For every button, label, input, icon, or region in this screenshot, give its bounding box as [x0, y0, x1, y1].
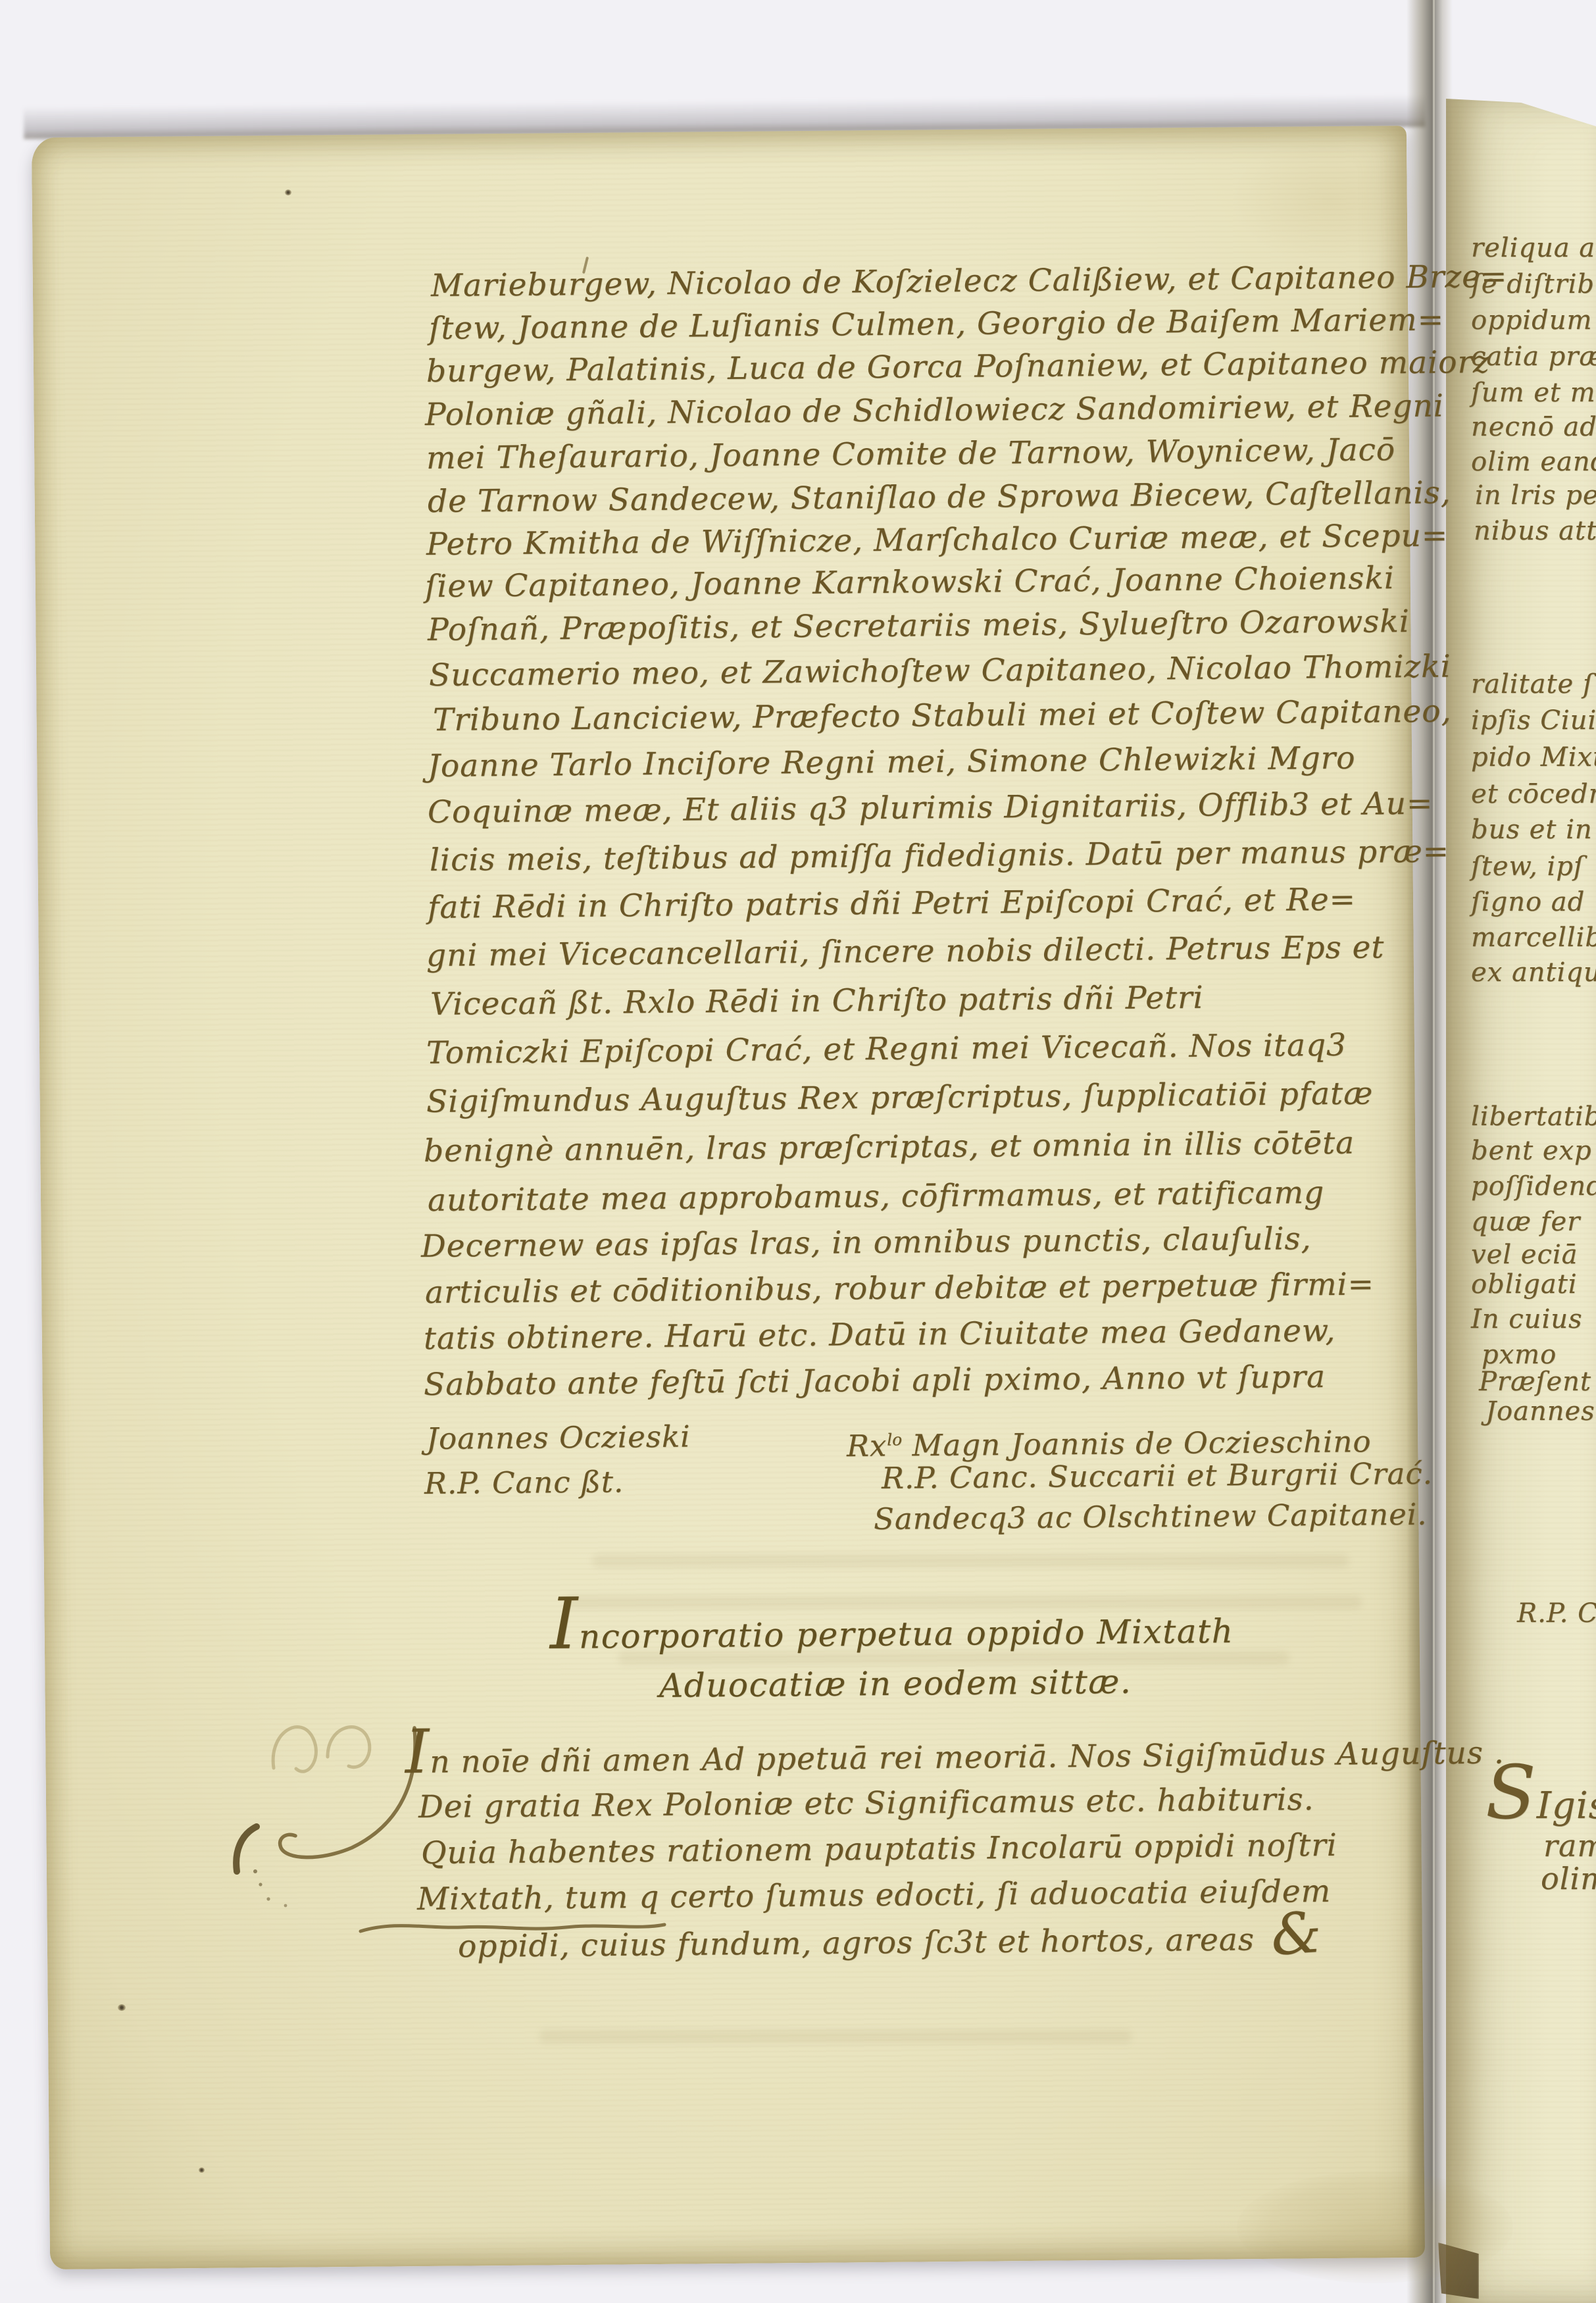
opening-line-text: n noīe dñi amen Ad ppetuā rei meoriā. No…	[430, 1734, 1505, 1780]
entry-text-line: benignè annuēn, lras præſcriptas, et omn…	[424, 1125, 1355, 1171]
entry-text-line: Quia habentes rationem pauptatis Incolar…	[421, 1827, 1337, 1873]
entry-heading-line-2: Aduocatiæ in eodem sittæ.	[659, 1663, 1132, 1705]
ghost-showthrough	[566, 1596, 1362, 1609]
facing-page-text-fragment: in lris pe	[1475, 479, 1596, 512]
facing-page-text-fragment: pido Mixt	[1471, 741, 1596, 774]
entry-text-line: Tomiczki Epiſcopi Crać, et Regni mei Vic…	[426, 1026, 1347, 1073]
facing-page-text-fragment: ralitate ſ	[1471, 668, 1593, 701]
scan-background: { "palette": { "scanner_bg": "#f2f1f5", …	[0, 0, 1596, 2303]
relatio-superscript: lo	[887, 1430, 902, 1449]
facing-page-text-fragment: vel eciā	[1471, 1238, 1578, 1271]
facing-page-text-fragment: reliqua ad	[1471, 232, 1596, 265]
facing-page-text-fragment: ſigno ad	[1471, 886, 1585, 919]
subscription-title-left: R.P. Canc ßt.	[424, 1463, 624, 1503]
facing-page-text-fragment: ipſis Ciuib	[1471, 704, 1596, 737]
entry-text-line: Vicecañ ßt. Rxlo Rēdi in Chriſto patris …	[430, 979, 1204, 1024]
ink-speck	[199, 2167, 205, 2173]
ghost-showthrough	[539, 2030, 1132, 2043]
decorated-initial: I	[405, 1717, 430, 1787]
relatio-abbrev: Rx	[847, 1429, 887, 1464]
facing-page-text-fragment: nibus atti	[1474, 515, 1596, 547]
facing-page-entry-initial: SIgismun	[1485, 1790, 1596, 1823]
facing-page-text-fragment: catia præd	[1471, 340, 1596, 373]
facing-page-text-fragment: oppidum ill	[1471, 304, 1596, 337]
entry-text-line: Joanne Tarlo Inciſore Regni mei, Simone …	[428, 740, 1356, 786]
relatio-title-line: R.P. Canc. Succarii et Burgrii Crać.	[882, 1455, 1433, 1498]
facing-page-text-fragment: quæ fer	[1471, 1205, 1580, 1238]
facing-page-text-fragment: marcellib	[1471, 921, 1596, 954]
facing-page-text-fragment: olim eand	[1471, 445, 1596, 478]
facing-page-text-fragment: ſtew, ipſ	[1471, 850, 1584, 883]
facing-page-text-fragment: obligati	[1471, 1268, 1578, 1301]
facing-page-text-fragment: ſum et m	[1471, 376, 1596, 409]
entry-text-line: fati Rēdi in Chriſto patris dñi Petri Ep…	[428, 881, 1356, 927]
facing-page-text-fragment: R.P. Ca	[1517, 1597, 1596, 1630]
facing-initial-rest: Igismun	[1537, 1784, 1596, 1827]
entry-text-line: oppidi, cuius fundum, agros ſc3t et hort…	[458, 1921, 1255, 1966]
entry-text-line: Sabbato ante feſtū ſcti Jacobi apli pxim…	[424, 1358, 1326, 1404]
entry-text-line: Decernew eas ipſas lras, in omnibus punc…	[421, 1220, 1312, 1266]
relatio-office-line: Sandecq3 ac Olschtinew Capitanei.	[874, 1496, 1428, 1538]
facing-page-text-fragment: ex antiqu	[1471, 956, 1596, 989]
subscription-name-left: Joannes Oczieski	[426, 1417, 691, 1458]
entry-text-line: autoritate mea approbamus, cōfirmamus, e…	[428, 1174, 1325, 1220]
ghost-showthrough	[592, 1554, 1349, 1567]
facing-page-text-fragment: necnō ad	[1471, 411, 1596, 443]
facing-page-text-fragment: ram nob	[1543, 1829, 1596, 1862]
facing-page-text-fragment: In cuius	[1471, 1303, 1583, 1336]
entry-heading-line-1: Incorporatio perpetua oppido Mixtath	[550, 1612, 1234, 1656]
facing-page-text-fragment: ſe diſtribut	[1471, 268, 1596, 301]
facing-page-text-fragment: olim do	[1541, 1862, 1596, 1895]
facing-page-text-fragment: bent exp	[1471, 1134, 1592, 1167]
entry-text-line: Mixtath, tum q certo ſumus edocti, ſi ad…	[417, 1873, 1332, 1919]
facing-page-text-fragment: Joannes	[1485, 1395, 1595, 1428]
facing-page-text-fragment: libertatibu	[1471, 1100, 1596, 1133]
facing-page-text-fragment: poſſidend	[1471, 1170, 1596, 1203]
ink-speck	[285, 190, 291, 195]
facing-page-text-fragment: et cōcedm	[1471, 778, 1596, 811]
decorated-initial: S	[1485, 1750, 1537, 1836]
facing-page-text-fragment: Præſent	[1479, 1365, 1591, 1398]
etcetera-flourish: &	[1271, 1933, 1322, 1936]
facing-page-text-fragment: bus et in	[1471, 813, 1593, 846]
entry-text-line: Dei gratia Rex Poloniæ etc Significamus …	[418, 1781, 1314, 1827]
entry-text-line: tatis obtinere. Harū etc. Datū in Ciuita…	[424, 1312, 1336, 1358]
ink-speck	[118, 2004, 126, 2011]
